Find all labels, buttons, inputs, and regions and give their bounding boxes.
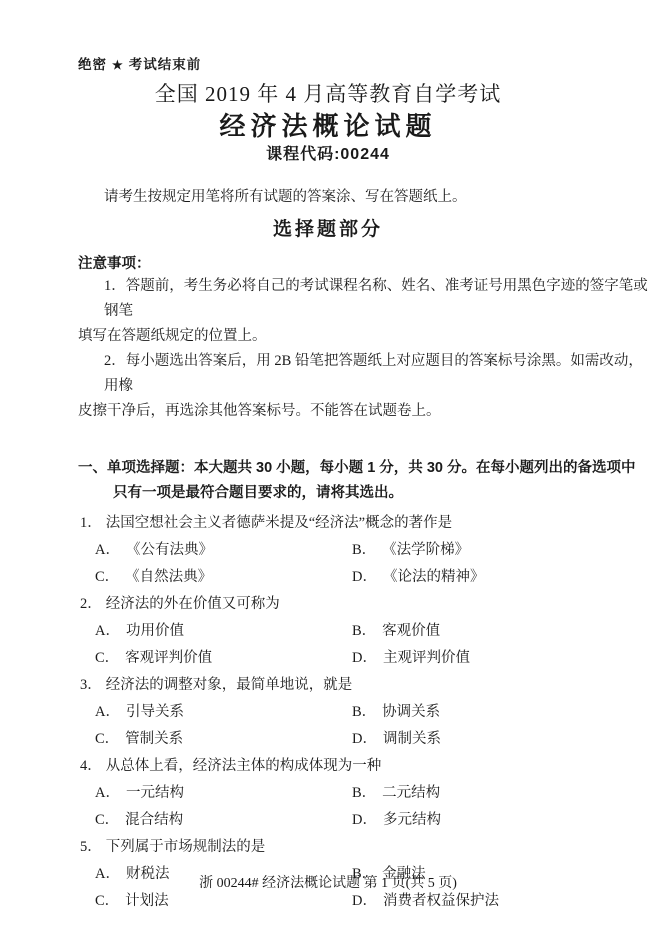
section-heading-line-2: 只有一项是最符合题目要求的，请将其选出。 xyxy=(113,481,656,506)
part-title: 选择题部分 xyxy=(0,217,656,243)
question-number: 4． xyxy=(80,758,102,774)
option-label: A． xyxy=(95,780,120,807)
option-c: C．《自然法典》 xyxy=(95,564,352,591)
option-text: 调制关系 xyxy=(383,726,441,753)
option-label: B． xyxy=(352,699,376,726)
option-text: 客观价值 xyxy=(382,618,440,645)
option-label: B． xyxy=(352,780,376,807)
option-text: 《法学阶梯》 xyxy=(382,537,469,564)
exam-session-title: 全国 2019 年 4 月高等教育自学考试 xyxy=(0,80,656,108)
option-text: 多元结构 xyxy=(383,807,441,834)
option-a: A．《公有法典》 xyxy=(95,537,352,564)
question-stem-row: 5．下列属于市场规制法的是 xyxy=(80,834,656,861)
option-d: D．多元结构 xyxy=(352,807,441,834)
option-b: B．客观价值 xyxy=(352,618,440,645)
option-label: C． xyxy=(95,564,119,591)
question-stem-row: 4．从总体上看，经济法主体的构成体现为一种 xyxy=(80,753,656,780)
option-b: B．《法学阶梯》 xyxy=(352,537,469,564)
secret-prefix: 绝密 xyxy=(78,57,107,72)
option-label: B． xyxy=(352,618,376,645)
note-2-line-2: 皮擦干净后，再选涂其他答案标号。不能答在试题卷上。 xyxy=(78,399,656,424)
question-stem-row: 2．经济法的外在价值又可称为 xyxy=(80,591,656,618)
question-4: 4．从总体上看，经济法主体的构成体现为一种 A．一元结构 B．二元结构 C．混合… xyxy=(0,753,656,834)
option-c: C．管制关系 xyxy=(95,726,352,753)
security-classification: 绝密★考试结束前 xyxy=(78,56,656,74)
option-text: 一元结构 xyxy=(126,780,184,807)
option-label: C． xyxy=(95,726,119,753)
option-d: D．主观评判价值 xyxy=(352,645,470,672)
option-text: 《论法的精神》 xyxy=(383,564,485,591)
option-c: C．客观评判价值 xyxy=(95,645,352,672)
option-a: A．一元结构 xyxy=(95,780,352,807)
option-a: A．功用价值 xyxy=(95,618,352,645)
option-row: C．混合结构 D．多元结构 xyxy=(95,807,656,834)
option-text: 功用价值 xyxy=(126,618,184,645)
question-stem: 法国空想社会主义者德萨米提及“经济法”概念的著作是 xyxy=(106,515,452,531)
question-stem-row: 3．经济法的调整对象，最简单地说，就是 xyxy=(80,672,656,699)
option-text: 客观评判价值 xyxy=(125,645,212,672)
question-stem: 从总体上看，经济法主体的构成体现为一种 xyxy=(106,758,382,774)
option-b: B．协调关系 xyxy=(352,699,440,726)
secret-suffix: 考试结束前 xyxy=(129,57,202,72)
option-d: D．调制关系 xyxy=(352,726,441,753)
option-row: C．《自然法典》 D．《论法的精神》 xyxy=(95,564,656,591)
option-label: C． xyxy=(95,645,119,672)
option-row: A．引导关系 B．协调关系 xyxy=(95,699,656,726)
option-text: 二元结构 xyxy=(382,780,440,807)
page-title: 经济法概论试题 xyxy=(0,110,656,142)
option-row: A．一元结构 B．二元结构 xyxy=(95,780,656,807)
question-number: 1． xyxy=(80,515,102,531)
question-stem: 下列属于市场规制法的是 xyxy=(106,839,266,855)
question-stem: 经济法的调整对象，最简单地说，就是 xyxy=(106,677,353,693)
question-stem: 经济法的外在价值又可称为 xyxy=(106,596,280,612)
option-row: C．客观评判价值 D．主观评判价值 xyxy=(95,645,656,672)
option-row: A．功用价值 B．客观价值 xyxy=(95,618,656,645)
question-number: 3． xyxy=(80,677,102,693)
question-number: 2． xyxy=(80,596,102,612)
option-label: B． xyxy=(352,537,376,564)
option-label: A． xyxy=(95,537,120,564)
option-label: D． xyxy=(352,726,377,753)
option-label: C． xyxy=(95,807,119,834)
note-2-line-1: 2．每小题选出答案后，用 2B 铅笔把答题纸上对应题目的答案标号涂黑。如需改动，… xyxy=(104,349,656,399)
option-label: D． xyxy=(352,564,377,591)
option-c: C．混合结构 xyxy=(95,807,352,834)
option-b: B．二元结构 xyxy=(352,780,440,807)
course-code: 课程代码:00244 xyxy=(0,144,656,166)
section-heading-line-1: 一、单项选择题：本大题共 30 小题，每小题 1 分，共 30 分。在每小题列出… xyxy=(78,456,656,481)
exam-document: 绝密★考试结束前 全国 2019 年 4 月高等教育自学考试 经济法概论试题 课… xyxy=(0,0,656,947)
question-1: 1．法国空想社会主义者德萨米提及“经济法”概念的著作是 A．《公有法典》 B．《… xyxy=(0,510,656,591)
question-number: 5． xyxy=(80,839,102,855)
option-text: 引导关系 xyxy=(126,699,184,726)
notes-title: 注意事项： xyxy=(78,254,656,274)
note-1-line-2: 填写在答题纸规定的位置上。 xyxy=(78,324,656,349)
option-text: 协调关系 xyxy=(382,699,440,726)
question-stem-row: 1．法国空想社会主义者德萨米提及“经济法”概念的著作是 xyxy=(80,510,656,537)
option-row: C．管制关系 D．调制关系 xyxy=(95,726,656,753)
option-text: 《公有法典》 xyxy=(126,537,213,564)
page-footer: 浙 00244# 经济法概论试题 第 1 页(共 5 页) xyxy=(0,874,656,894)
option-d: D．《论法的精神》 xyxy=(352,564,484,591)
option-text: 《自然法典》 xyxy=(125,564,212,591)
question-2: 2．经济法的外在价值又可称为 A．功用价值 B．客观价值 C．客观评判价值 D．… xyxy=(0,591,656,672)
option-text: 管制关系 xyxy=(125,726,183,753)
star-icon: ★ xyxy=(112,58,124,72)
option-label: D． xyxy=(352,645,377,672)
option-text: 混合结构 xyxy=(125,807,183,834)
question-3: 3．经济法的调整对象，最简单地说，就是 A．引导关系 B．协调关系 C．管制关系… xyxy=(0,672,656,753)
option-text: 主观评判价值 xyxy=(383,645,470,672)
option-row: A．《公有法典》 B．《法学阶梯》 xyxy=(95,537,656,564)
question-list: 1．法国空想社会主义者德萨米提及“经济法”概念的著作是 A．《公有法典》 B．《… xyxy=(0,510,656,915)
option-label: D． xyxy=(352,807,377,834)
option-a: A．引导关系 xyxy=(95,699,352,726)
option-label: A． xyxy=(95,618,120,645)
answer-sheet-instruction: 请考生按规定用笔将所有试题的答案涂、写在答题纸上。 xyxy=(104,188,656,206)
note-1-line-1: 1．答题前，考生务必将自己的考试课程名称、姓名、准考证号用黑色字迹的签字笔或钢笔 xyxy=(104,274,656,324)
option-label: A． xyxy=(95,699,120,726)
